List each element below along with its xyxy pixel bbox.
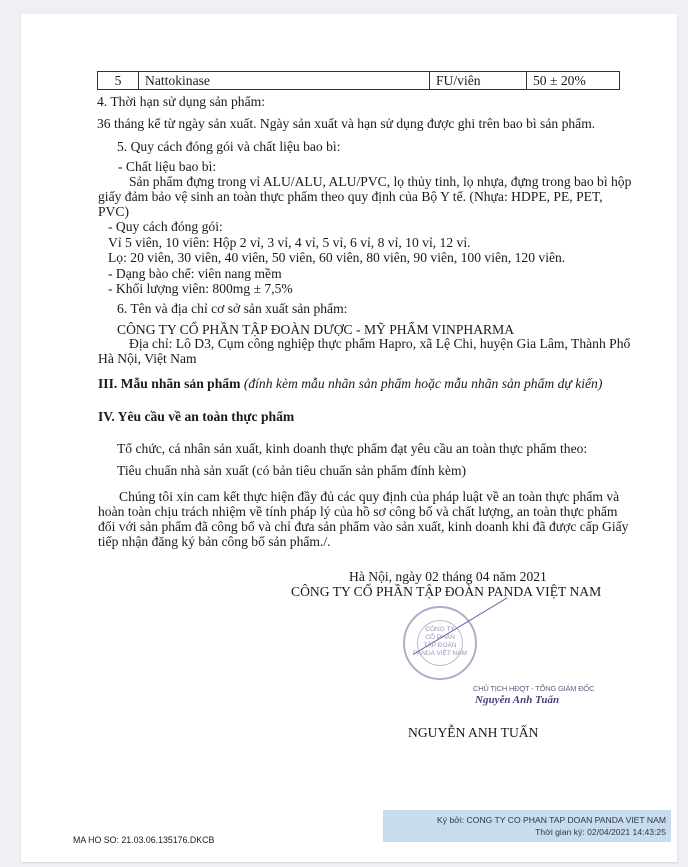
section-iii-heading: III. Mẫu nhãn sản phẩm [98,376,240,391]
signed-by: Ký bởi: CONG TY CO PHAN TAP DOAN PANDA V… [383,810,671,826]
section5-heading: 5. Quy cách đóng gói và chất liệu bao bì… [117,139,340,155]
capsule-weight: - Khối lượng viên: 800mg ± 7,5% [108,281,293,297]
signing-company: CÔNG TY CỔ PHẦN TẬP ĐOÀN PANDA VIỆT NAM [291,584,601,600]
section-iv-line: Tiêu chuẩn nhà sản xuất (có bản tiêu chu… [117,463,466,479]
ingredient-name: Nattokinase [139,72,430,90]
stamp-line: TẬP ĐOÀN [405,642,475,650]
section-iv-heading: IV. Yêu cầu về an toàn thực phẩm [98,409,294,425]
signer-script-signature: Nguyễn Anh Tuấn [475,694,559,706]
packing-line: Vỉ 5 viên, 10 viên: Hộp 2 vỉ, 3 vỉ, 4 vỉ… [108,235,471,251]
ingredient-table: 5 Nattokinase FU/viên 50 ± 20% [97,71,620,90]
file-code: MA HO SO: 21.03.06.135176.DKCB [73,835,214,845]
packing-label: - Quy cách đóng gói: [108,219,223,235]
material-label: - Chất liệu bao bì: [118,159,216,175]
signer-name: NGUYỄN ANH TUẤN [408,725,538,741]
signed-time: Thời gian ký: 02/04/2021 14:43:25 [383,826,671,838]
signer-title: CHỦ TỊCH HĐQT - TỔNG GIÁM ĐỐC [473,684,594,693]
section4-heading: 4. Thời hạn sử dụng sản phẩm: [97,94,265,110]
manufacturer-address: Địa chỉ: Lô D3, Cụm công nghiệp thực phẩ… [129,336,630,352]
document-page: 5 Nattokinase FU/viên 50 ± 20% 4. Thời h… [21,14,677,862]
packing-line: Lọ: 20 viên, 30 viên, 40 viên, 50 viên, … [108,250,565,266]
material-line: Sản phẩm đựng trong vỉ ALU/ALU, ALU/PVC,… [129,174,631,190]
ingredient-value: 50 ± 20% [527,72,620,90]
material-line: giấy đảm bảo vệ sinh an toàn thực phẩm t… [98,189,603,205]
material-line: PVC) [98,204,129,220]
section-iv-line: Tổ chức, cá nhân sản xuất, kinh doanh th… [117,441,587,457]
company-stamp: CÔNG TY CỔ PHẦN TẬP ĐOÀN PANDA VIỆT NAM [403,606,477,680]
stamp-line: CÔNG TY [405,626,475,634]
digital-signature-box: Ký bởi: CONG TY CO PHAN TAP DOAN PANDA V… [383,810,671,842]
manufacturer-address: Hà Nội, Việt Nam [98,351,197,367]
commitment-line: hoàn toàn chịu trách nhiệm về tính pháp … [98,504,617,520]
row-number: 5 [98,72,139,90]
section6-heading: 6. Tên và địa chỉ cơ sở sản xuất sản phẩ… [117,301,347,317]
table-row: 5 Nattokinase FU/viên 50 ± 20% [98,72,620,90]
dosage-form: - Dạng bào chế: viên nang mềm [108,266,282,282]
commitment-line: tiếp nhận đăng ký bản công bố sản phẩm./… [98,534,331,550]
ingredient-unit: FU/viên [430,72,527,90]
commitment-line: Chúng tôi xin cam kết thực hiện đầy đủ c… [119,489,619,505]
place-date: Hà Nội, ngày 02 tháng 04 năm 2021 [349,569,547,585]
section4-text: 36 tháng kể từ ngày sản xuất. Ngày sản x… [97,116,595,132]
commitment-line: đối với sản phẩm đã công bố và chỉ đưa s… [98,519,628,535]
section-iii-note: (đính kèm mẫu nhãn sản phẩm hoặc mẫu nhã… [244,376,603,391]
section-iii: III. Mẫu nhãn sản phẩm (đính kèm mẫu nhã… [98,376,602,392]
